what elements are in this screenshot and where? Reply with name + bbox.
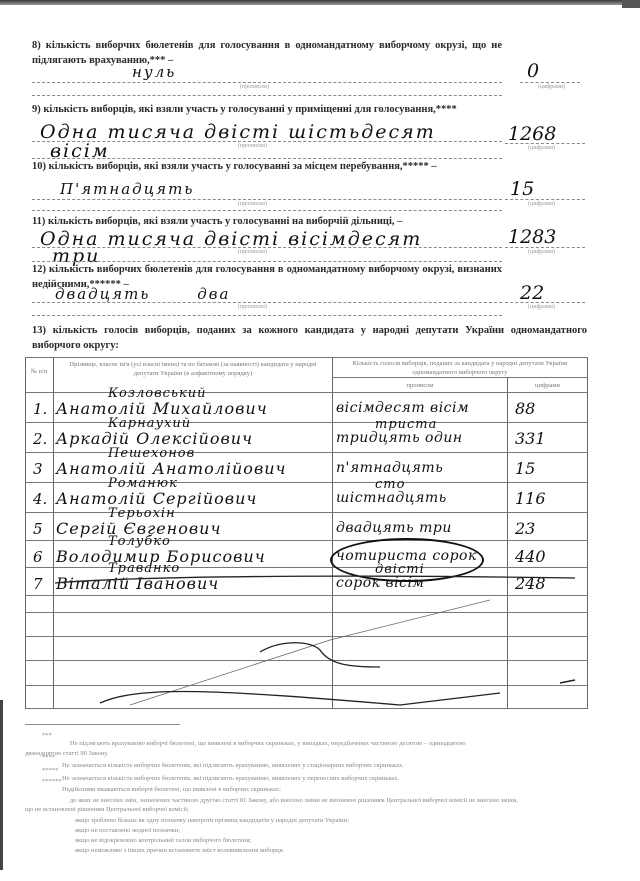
footnote-text: Недійсними вважаються виборчі бюлетені, … xyxy=(62,786,281,793)
footnote-marker: ****** xyxy=(42,778,62,785)
footnote-text: якщо не відокремлено контрольний талон в… xyxy=(75,837,251,844)
footnote-text: дванадцятою статті 90 Закону. xyxy=(25,750,108,757)
footnote-text: Не зазначається кількість виборчих бюлет… xyxy=(62,775,399,782)
footnote-text: що не встановлені рішенням Центральної в… xyxy=(25,806,189,813)
footnote-text: Не підлягають врахуванню виборчі бюлетен… xyxy=(70,740,466,747)
footnote-marker: **** xyxy=(42,754,55,761)
strike-through-lines xyxy=(0,0,640,881)
footnote-text: до яких не внесено змін, зазначених част… xyxy=(70,797,518,804)
footnote-marker: ***** xyxy=(42,767,58,774)
footnote-marker: *** xyxy=(42,732,52,739)
footnote-text: якщо зроблено більше як одну позначку на… xyxy=(75,817,349,824)
footnote-rule xyxy=(25,724,180,725)
footnote-text: Не зазначається кількість виборчих бюлет… xyxy=(62,762,404,769)
footnote-text: якщо не поставлено жодної позначки; xyxy=(75,827,180,834)
footnote-text: якщо неможливо з інших причин встановити… xyxy=(75,847,284,854)
